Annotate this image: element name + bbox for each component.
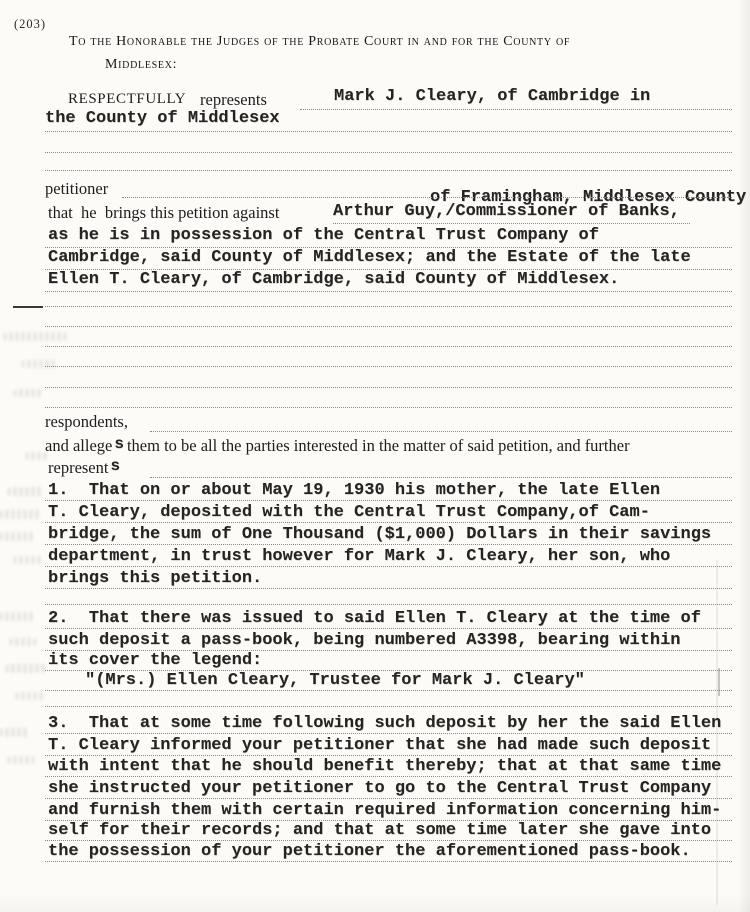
allege-line: and allegesthem to be all the parties in… [45, 436, 630, 457]
bleed-through-mark [10, 638, 36, 646]
allege-printed-b: them to be all the parties interested in… [127, 436, 630, 455]
against-typed-name: Arthur Guy,/Commissioner of Banks, [333, 202, 680, 222]
p1-line-5: brings this petition. [48, 569, 262, 589]
p2-line-3: its cover the legend: [48, 651, 262, 671]
form-ruled-line [45, 366, 732, 367]
p2-line-1: 2. That there was issued to said Ellen T… [48, 609, 701, 629]
against-printed-text: that he brings this petition against [48, 203, 279, 223]
form-ruled-line [300, 109, 732, 110]
document-page: (203) To the Honorable the Judges of the… [0, 0, 750, 912]
form-ruled-line [45, 706, 732, 707]
bleed-through-mark [0, 728, 30, 737]
p3-line-1: 3. That at some time following such depo… [48, 714, 721, 734]
form-ruled-line [45, 131, 732, 132]
bleed-through-mark [14, 556, 42, 564]
represent-line: represents [48, 458, 123, 479]
p3-line-4: she instructed your petitioner to go to … [48, 779, 711, 799]
petitioner-name-line-2: the County of Middlesex [45, 109, 280, 129]
passbook-legend-quote: "(Mrs.) Ellen Cleary, Trustee for Mark J… [85, 671, 585, 691]
heading-line-1: To the Honorable the Judges of the Proba… [69, 32, 570, 52]
respondent-title: Commissioner of Banks, [455, 202, 679, 221]
p1-line-4: department, in trust however for Mark J.… [48, 547, 670, 567]
page-number: (203) [14, 14, 46, 34]
respondents-label: respondents, [45, 412, 128, 432]
respondents-line-3: Cambridge, said County of Middlesex; and… [48, 248, 691, 268]
p1-line-3: bridge, the sum of One Thousand ($1,000)… [48, 525, 711, 545]
form-ruled-line [45, 291, 732, 292]
bleed-through-mark [0, 612, 34, 621]
bleed-through-mark [22, 360, 56, 368]
form-ruled-line [45, 407, 732, 408]
form-ruled-line [45, 170, 732, 171]
represent-printed: represent [48, 458, 108, 477]
form-ruled-line [45, 346, 732, 347]
p2-line-2: such deposit a pass-book, being numbered… [48, 631, 681, 651]
p3-line-2: T. Cleary informed your petitioner that … [48, 736, 711, 756]
bleed-through-mark [8, 756, 34, 764]
form-ruled-line [45, 306, 732, 307]
margin-tick-mark [718, 668, 720, 696]
petitioner-label: petitioner [45, 179, 108, 199]
form-ruled-line [45, 387, 732, 388]
bleed-through-mark [6, 664, 46, 673]
bleed-through-mark [14, 389, 44, 397]
bleed-through-mark [4, 332, 66, 341]
heading-line-2: Middlesex: [105, 55, 177, 75]
bleed-through-mark [0, 532, 36, 541]
form-ruled-line [45, 152, 732, 153]
allege-typed-s: s [114, 435, 124, 453]
form-ruled-line [45, 604, 732, 605]
respondent-name: Arthur Guy,/ [333, 202, 455, 221]
p3-line-7: the possession of your petitioner the af… [48, 842, 691, 862]
represent-typed-s: s [110, 457, 120, 475]
form-ruled-line [333, 223, 690, 224]
p3-line-6: self for their records; and that at some… [48, 821, 711, 841]
p1-line-2: T. Cleary, deposited with the Central Tr… [48, 503, 650, 523]
respectfully-label: RESPECTFULLY [68, 89, 186, 109]
respondents-line-4: Ellen T. Cleary, of Cambridge, said Coun… [48, 270, 619, 290]
p1-line-1: 1. That on or about May 19, 1930 his mot… [48, 481, 660, 501]
bleed-through-mark [16, 692, 46, 700]
p3-line-5: and furnish them with certain required i… [48, 801, 721, 821]
form-ruled-line [45, 326, 732, 327]
bleed-through-mark [0, 510, 40, 519]
margin-dash-mark [13, 306, 43, 308]
p3-line-3: with intent that he should benefit there… [48, 757, 721, 777]
bleed-through-mark [8, 487, 42, 496]
form-ruled-line [150, 431, 732, 432]
allege-printed-a: and allege [45, 436, 112, 455]
represents-label: represents [200, 90, 267, 110]
petitioner-name-line-1: Mark J. Cleary, of Cambridge in [334, 87, 650, 107]
respondents-line-2: as he is in possession of the Central Tr… [48, 226, 599, 246]
form-ruled-line [150, 477, 732, 478]
